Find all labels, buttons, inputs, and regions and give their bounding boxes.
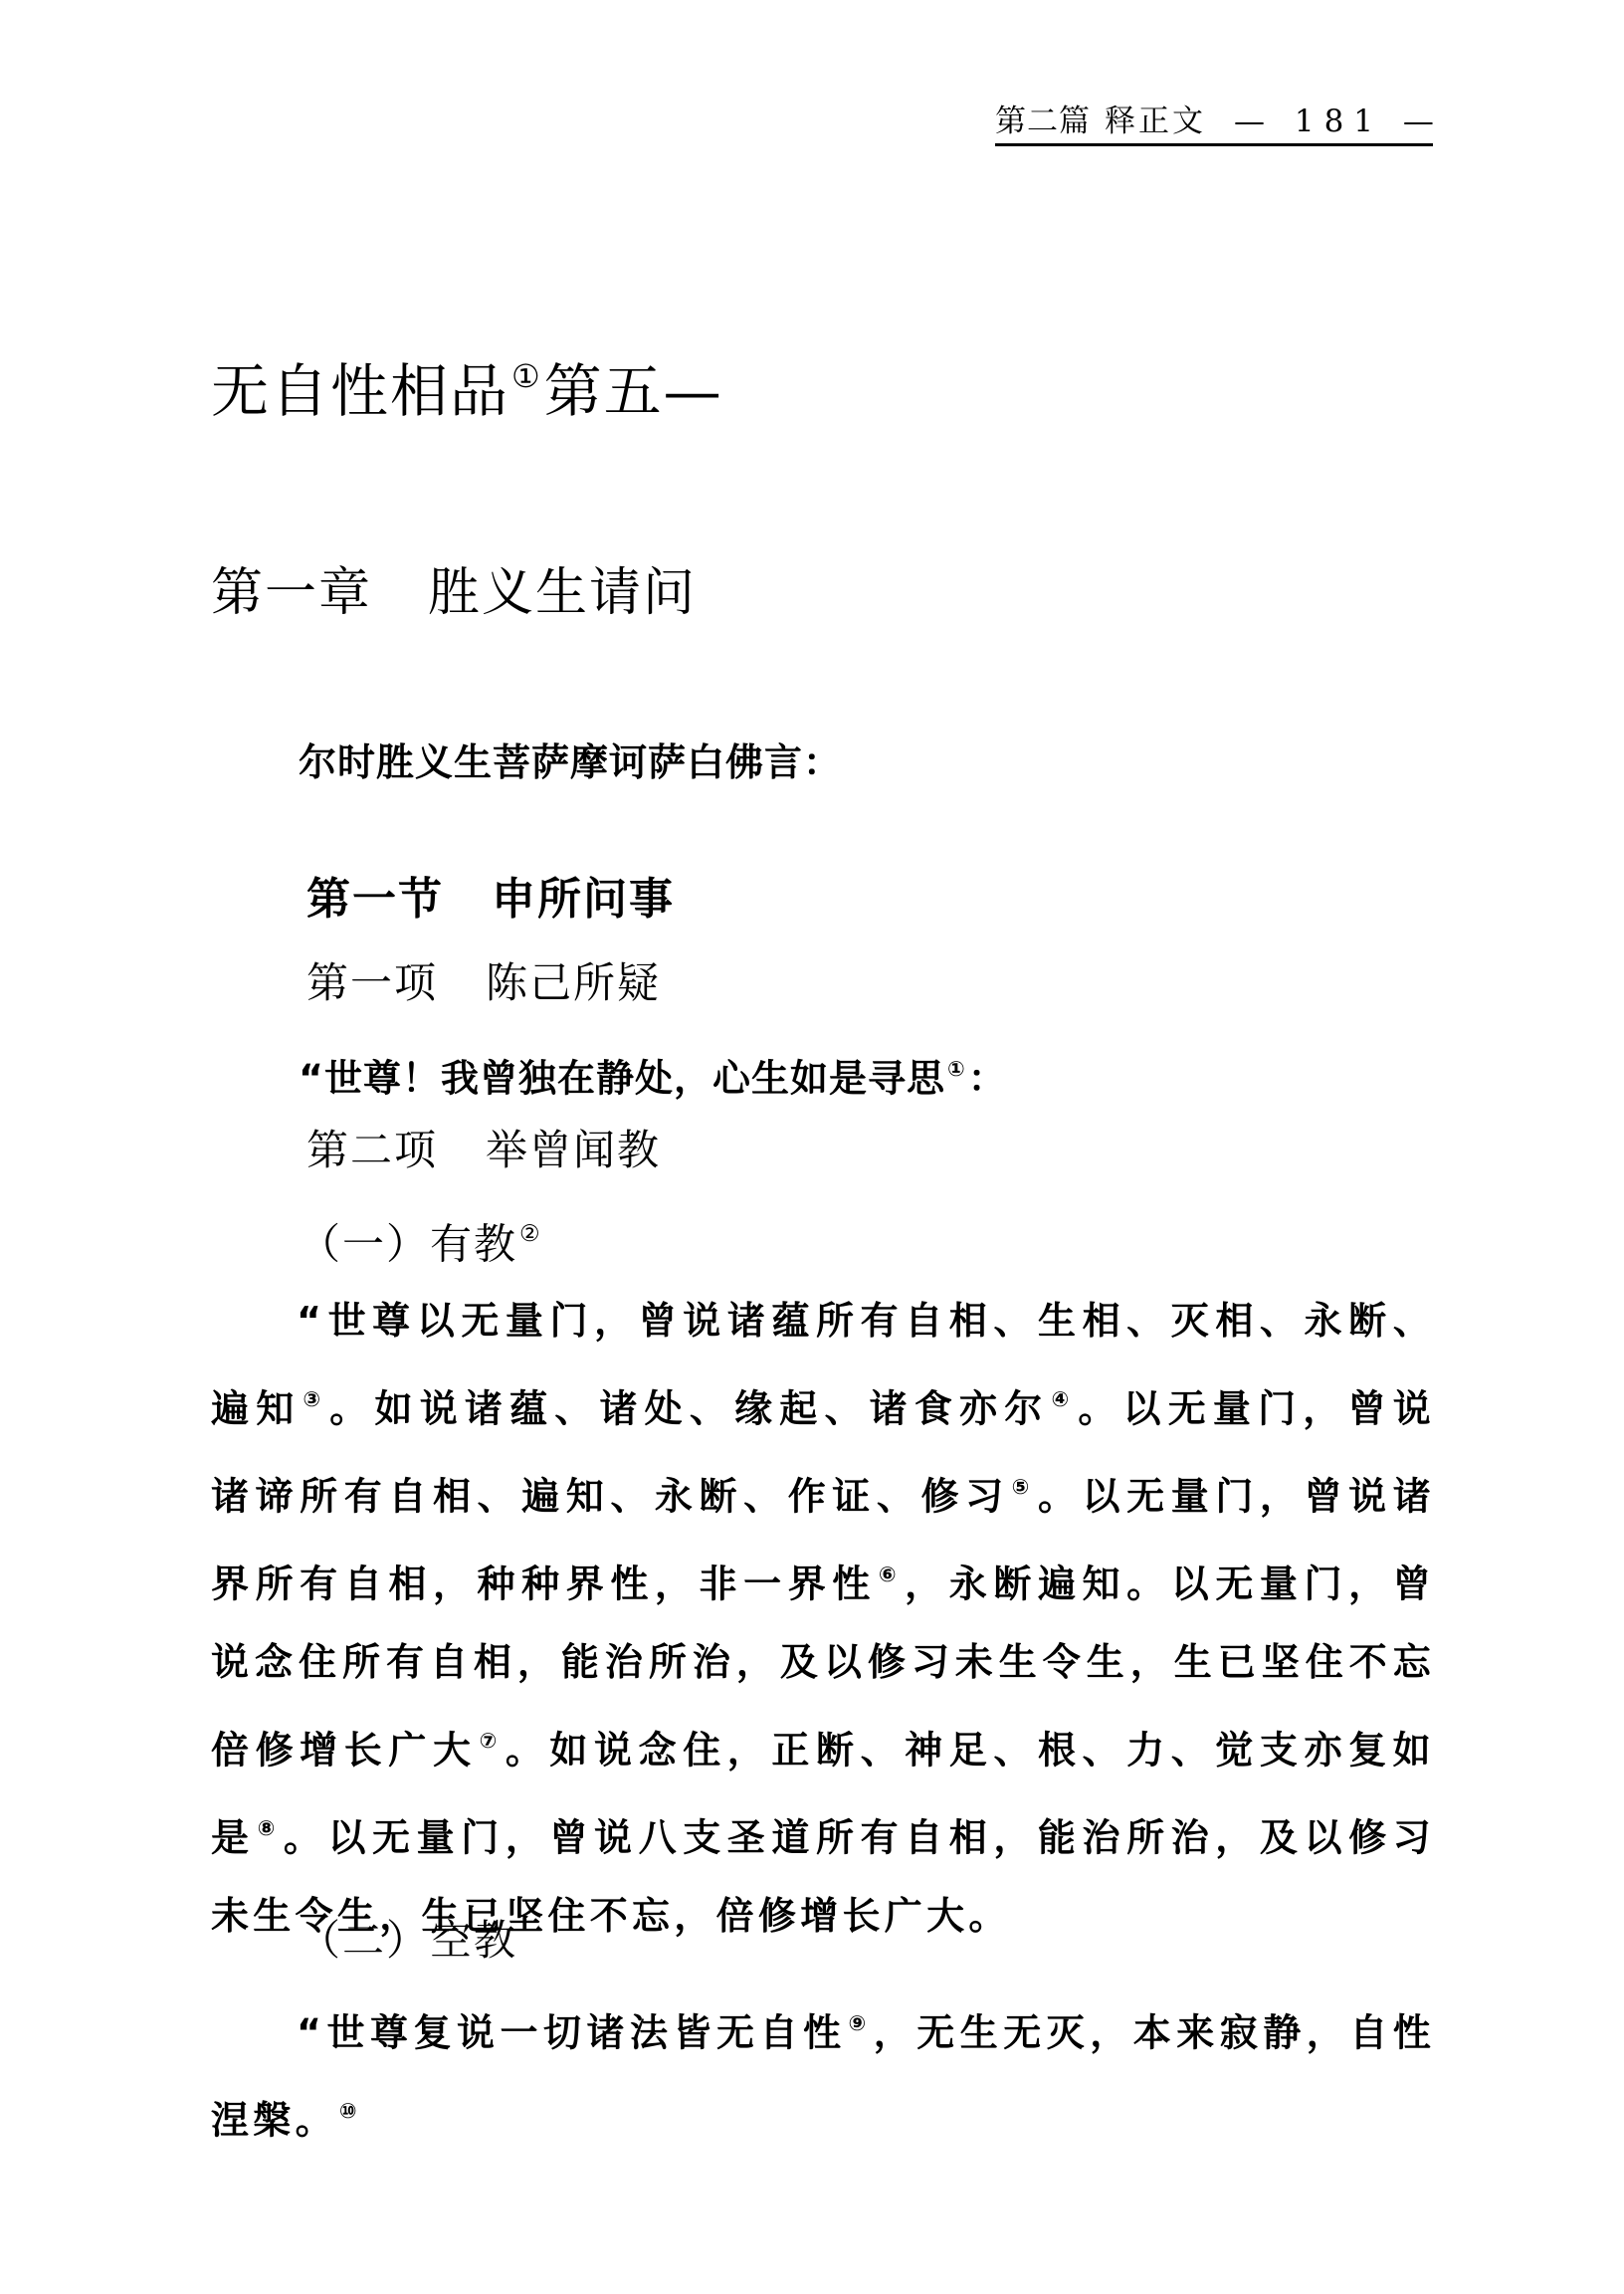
running-header-part-title: 释正文 xyxy=(1105,100,1206,143)
footnote-ref[interactable]: ① xyxy=(511,357,542,395)
text-line: 倍修增长广大⑦。如说念住，正断、神足、根、力、觉支亦复如 xyxy=(211,1702,1435,1789)
footnote-ref[interactable]: ⑨ xyxy=(848,2011,871,2035)
footnote-ref[interactable]: ⑤ xyxy=(1012,1475,1036,1499)
intro-line: 尔时胜义生菩萨摩诃萨白佛言： xyxy=(299,734,842,790)
subheading-label: （二） xyxy=(299,1916,430,1965)
paragraph-1: “世尊以无量门，曾说诸蕴所有自相、生相、灭相、永断、 遍知③。如说诸蕴、诸处、缘… xyxy=(211,1282,1435,1955)
chapter-label: 第一章 xyxy=(211,563,372,623)
text-segment: 倍修增长广大 xyxy=(211,1728,478,1772)
text-segment: 诸谛所有自相、遍知、永断、作证、修习 xyxy=(211,1474,1010,1518)
quote-text: “世尊！我曾独在静处，心生如是寻思 xyxy=(299,1057,945,1101)
text-line: “世尊以无量门，曾说诸蕴所有自相、生相、灭相、永断、 xyxy=(211,1282,1435,1360)
item-heading-2: 第二项举曾闻教 xyxy=(306,1121,661,1180)
item-title: 陈己所疑 xyxy=(486,958,661,1007)
text-segment: 说念住所有自相，能治所治，及以修习未生令生，生已坚住不忘 xyxy=(211,1640,1435,1684)
running-header: 第二篇 释正文 — 181 — xyxy=(995,96,1433,146)
item-title: 举曾闻教 xyxy=(486,1126,661,1174)
text-line: 诸谛所有自相、遍知、永断、作证、修习⑤。以无量门，曾说诸 xyxy=(211,1448,1435,1536)
chapter-heading: 第一章胜义生请问 xyxy=(211,555,697,631)
text-segment: ，永断遍知。以无量门，曾 xyxy=(905,1563,1435,1606)
paragraph-2: “世尊复说一切诸法皆无自性⑨，无生无灭，本来寂静，自性 涅槃。⑩ xyxy=(211,1984,1435,2160)
quote-end: ： xyxy=(968,1057,1007,1101)
page-number: — 181 — xyxy=(1234,100,1444,143)
subheading-label: （一） xyxy=(299,1219,430,1268)
text-line: 遍知③。如说诸蕴、诸处、缘起、诸食亦尔④。以无量门，曾说 xyxy=(211,1360,1435,1448)
footnote-ref[interactable]: ③ xyxy=(303,1387,327,1411)
pin-title: 无自性相品①第五— xyxy=(211,336,723,431)
text-segment: 。如说诸蕴、诸处、缘起、诸食亦尔 xyxy=(329,1386,1049,1430)
footnote-ref[interactable]: ④ xyxy=(1051,1387,1076,1411)
subheading-2: （二）空教 xyxy=(299,1911,517,1971)
text-segment: “世尊复说一切诸法皆无自性 xyxy=(297,2011,846,2055)
text-segment: 是 xyxy=(211,1815,256,1859)
item-label: 第一项 xyxy=(306,958,438,1007)
text-segment: 涅槃。 xyxy=(211,2099,337,2143)
subheading-1: （一）有教② xyxy=(299,1204,544,1274)
section-label: 第一节 xyxy=(306,874,444,925)
section-heading: 第一节申所问事 xyxy=(306,870,675,930)
footnote-ref[interactable]: ⑥ xyxy=(879,1563,903,1586)
chapter-title: 胜义生请问 xyxy=(428,563,697,623)
subheading-title: 空教 xyxy=(430,1916,517,1965)
footnote-ref[interactable]: ⑩ xyxy=(339,2099,361,2123)
pin-title-text: 无自性相品 xyxy=(211,357,509,425)
text-line: 说念住所有自相，能治所治，及以修习未生令生，生已坚住不忘 xyxy=(211,1623,1435,1702)
text-segment: ，无生无灭，本来寂静，自性 xyxy=(874,2011,1435,2055)
footnote-ref[interactable]: ② xyxy=(519,1221,542,1247)
text-segment: 遍知 xyxy=(211,1386,301,1430)
text-segment: 。以无量门，曾说诸 xyxy=(1038,1474,1435,1518)
text-segment: 。以无量门，曾说 xyxy=(1078,1386,1435,1430)
subheading-title: 有教 xyxy=(430,1219,517,1268)
pin-title-number: 第五— xyxy=(544,357,723,425)
item-label: 第二项 xyxy=(306,1126,438,1174)
text-line: 涅槃。⑩ xyxy=(211,2072,1435,2160)
item-heading-1: 第一项陈己所疑 xyxy=(306,953,661,1013)
text-segment: 。如说念住，正断、神足、根、力、觉支亦复如 xyxy=(506,1728,1435,1772)
quote-line: “世尊！我曾独在静处，心生如是寻思①： xyxy=(299,1041,1007,1107)
text-segment: 界所有自相，种种界性，非一界性 xyxy=(211,1563,877,1606)
text-segment: 。以无量门，曾说八支圣道所有自相，能治所治，及以修习 xyxy=(284,1815,1435,1859)
running-header-part: 第二篇 xyxy=(995,100,1091,143)
footnote-ref[interactable]: ⑧ xyxy=(258,1816,282,1840)
text-segment: “世尊以无量门，曾说诸蕴所有自相、生相、灭相、永断、 xyxy=(297,1299,1435,1343)
text-line: 是⑧。以无量门，曾说八支圣道所有自相，能治所治，及以修习 xyxy=(211,1789,1435,1877)
text-line: 界所有自相，种种界性，非一界性⑥，永断遍知。以无量门，曾 xyxy=(211,1536,1435,1623)
text-line: “世尊复说一切诸法皆无自性⑨，无生无灭，本来寂静，自性 xyxy=(211,1984,1435,2072)
footnote-ref[interactable]: ⑦ xyxy=(480,1729,504,1753)
section-title: 申所问事 xyxy=(492,874,675,925)
footnote-ref[interactable]: ① xyxy=(947,1057,966,1081)
